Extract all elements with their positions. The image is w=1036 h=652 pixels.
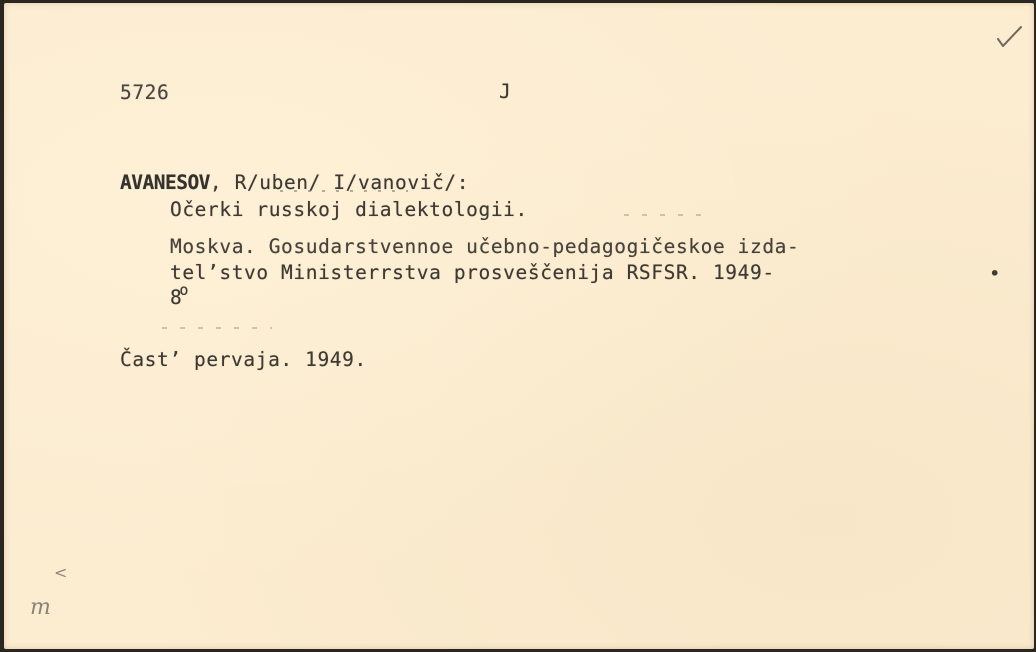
faint-dash-marks <box>624 214 704 216</box>
format-superscript: o <box>179 281 189 299</box>
imprint-line-1: Moskva. Gosudarstvennoe učebno-pedagogič… <box>170 237 799 257</box>
faint-dash-marks <box>162 327 272 329</box>
location-letter: J <box>499 82 511 102</box>
faint-underline-marks <box>280 190 408 192</box>
author-surname: AVANESOV <box>120 171 210 194</box>
catalog-card: 5726 J AVANESOV, R/uben/ I/vanovič/: Oče… <box>4 3 1034 649</box>
checkmark-icon <box>994 21 1024 51</box>
call-number: 5726 <box>120 83 169 103</box>
pencil-initial-mark: m <box>30 595 51 620</box>
format-line: 8o <box>170 288 192 308</box>
pencil-angle-mark: < <box>54 563 67 582</box>
part-note: Čast’ pervaja. 1949. <box>120 350 367 370</box>
stray-dot: • <box>989 265 1001 284</box>
imprint-line-2: tel’stvo Ministerrstva prosveščenija RSF… <box>170 263 775 283</box>
title: Očerki russkoj dialektologii. <box>170 200 528 220</box>
